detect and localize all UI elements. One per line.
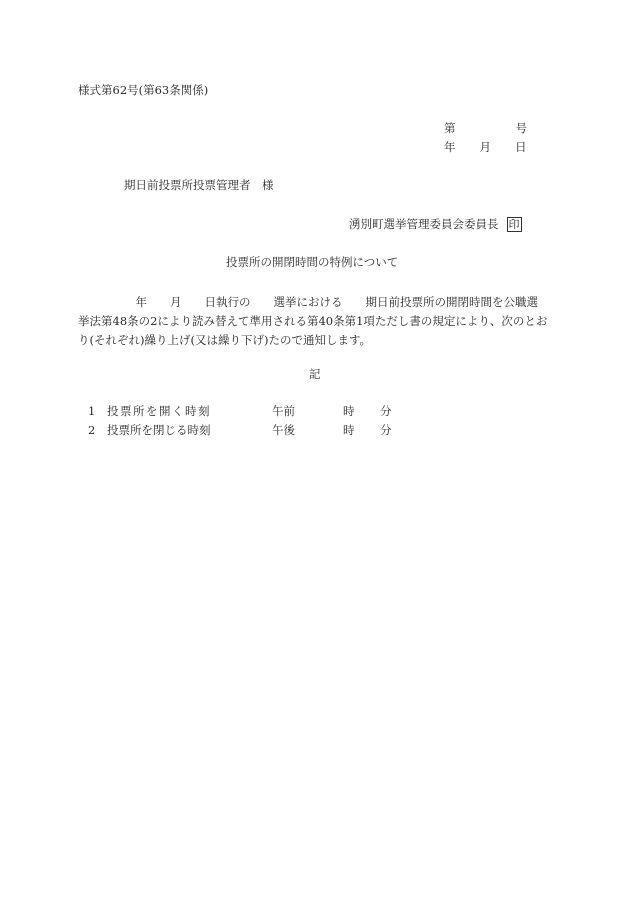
sender-name: 湧別町選挙管理委員会委員長: [349, 217, 499, 231]
body-paragraph: 年 月 日執行の 選挙における 期日前投票所の開閉時間を公職選 挙法第48条の2…: [78, 293, 533, 350]
addressee: 期日前投票所投票管理者 様: [124, 180, 274, 192]
item-label: 投票所を開く時刻: [107, 406, 211, 418]
item-number: 1: [88, 406, 95, 418]
reference-date-line: 年月日: [444, 142, 527, 154]
item-minute: 分: [380, 425, 392, 437]
list-item: 1 投票所を開く時刻 午前 時 分: [0, 406, 630, 420]
item-hour: 時: [343, 406, 355, 418]
body-line: 年 月 日執行の 選挙における 期日前投票所の開閉時間を公職選: [78, 293, 533, 312]
body-line: 挙法第48条の2により読み替えて準用される第40条第1項ただし書の規定により、次…: [78, 312, 533, 331]
number-suffix: 号: [516, 121, 528, 135]
item-ampm: 午前: [272, 406, 295, 418]
item-ampm: 午後: [272, 425, 295, 437]
body-line: り(それぞれ)繰り上げ(又は繰り下げ)たので通知します。: [78, 331, 533, 350]
item-minute: 分: [380, 406, 392, 418]
item-number: 2: [88, 425, 95, 437]
seal-mark: 印: [507, 217, 522, 232]
item-label: 投票所を閉じる時刻: [107, 425, 211, 437]
number-prefix: 第: [444, 121, 456, 135]
list-item: 2 投票所を閉じる時刻 午後 時 分: [0, 425, 630, 439]
reference-number-line: 第号: [444, 123, 527, 135]
item-hour: 時: [343, 425, 355, 437]
year-label: 年: [444, 140, 456, 154]
ki-heading: 記: [309, 369, 321, 381]
day-label: 日: [515, 140, 527, 154]
month-label: 月: [480, 140, 492, 154]
form-number: 様式第62号(第63条関係): [78, 85, 208, 97]
document-title: 投票所の開閉時間の特例について: [226, 257, 398, 269]
sender-line: 湧別町選挙管理委員会委員長印: [349, 217, 522, 232]
